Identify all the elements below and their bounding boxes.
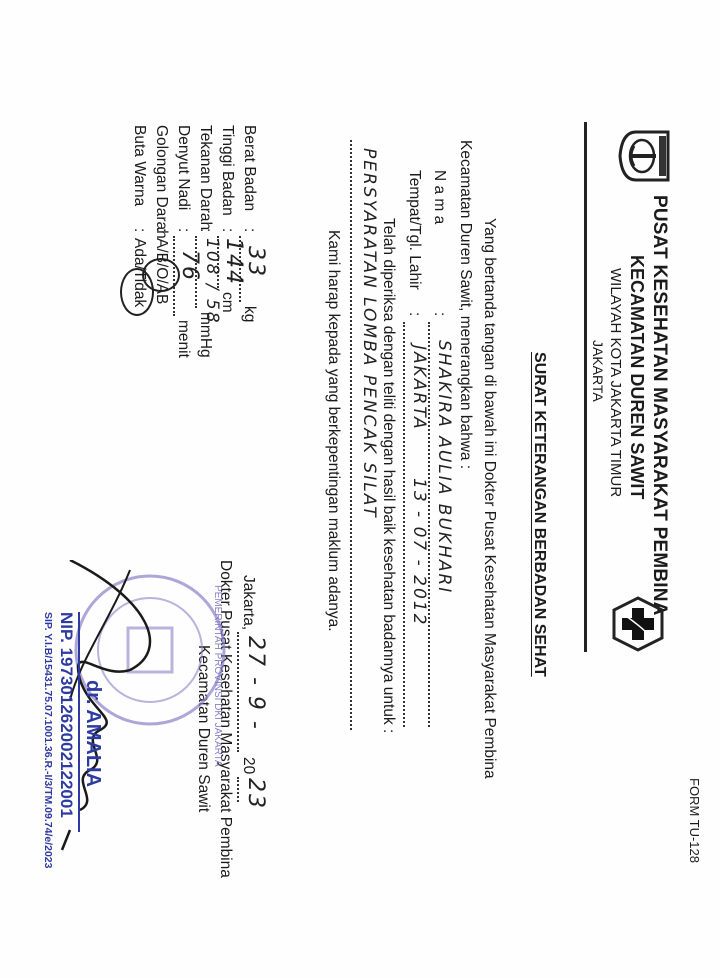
vital-colon: : <box>152 228 170 232</box>
name-label: N a m a <box>430 170 448 224</box>
doctor-sip: SIP. Y.I.B/15431.75.07.1001.36.R.-I/3/TM… <box>42 612 54 868</box>
vital-label-weight: Berat Badan <box>240 125 258 211</box>
document-title: SURAT KETERANGAN BERBADAN SEHAT <box>530 352 548 677</box>
vital-label-height: Tinggi Badan <box>218 125 236 216</box>
vital-label-blood-type: Golongan Darah <box>152 125 170 239</box>
header-line-1: PUSAT KESEHATAN MASYARAKAT PEMBINA <box>648 195 670 616</box>
name-colon: : <box>430 312 448 316</box>
weight-unit: kg <box>240 306 258 322</box>
height-value: 144 <box>221 238 246 286</box>
vital-colon: : <box>218 228 236 232</box>
header-line-3: WILAYAH KOTA JAKARTA TIMUR <box>607 268 624 497</box>
dki-crest-icon <box>618 128 672 184</box>
intro-line-1: Yang bertanda tangan di bawah ini Dokter… <box>480 218 498 779</box>
signature-underline <box>78 612 80 832</box>
health-cross-icon <box>610 596 666 652</box>
date-day-month: 27 - 9 - <box>243 636 268 731</box>
form-number: FORM TU-128 <box>687 778 702 863</box>
vital-label-blood-pressure: Tekanan Darah <box>196 125 214 230</box>
blood-pressure-unit: mmHg <box>196 312 214 358</box>
year-suffix: 23 <box>243 778 268 810</box>
vital-label-pulse: Denyut Nadi <box>174 125 192 210</box>
header-line-4: JAKARTA <box>590 340 606 402</box>
color-blind-selection-circle <box>120 268 154 316</box>
pulse-value: 76 <box>177 250 202 282</box>
header-divider <box>584 122 587 652</box>
vital-colon: : <box>174 228 192 232</box>
vital-colon: : <box>130 228 148 232</box>
pulse-unit: menit <box>174 320 192 358</box>
doctor-name: dr. AMALIA <box>81 680 104 787</box>
birth-date-value: 13 - 07 - 2012 <box>409 478 429 626</box>
header-line-2: KECAMATAN DUREN SAWIT <box>626 255 647 499</box>
health-certificate-page: FORM TU-128 PUSAT KESEHATAN MASYARAKAT P… <box>0 0 720 978</box>
intro-line-2: Kecamatan Duren Sawit, menerangkan bahwa… <box>456 140 474 469</box>
birth-colon: : <box>405 312 423 316</box>
purpose-value: PERSYARATAN LOMBA PENCAK SILAT <box>359 148 379 519</box>
vital-colon: : <box>240 228 258 232</box>
vital-label-color-blind: Buta Warna <box>130 125 148 206</box>
weight-value: 33 <box>243 246 268 278</box>
doctor-nip: NIP. 197301262002122001 <box>56 612 76 818</box>
name-value: SHAKIRA AULIA BUKHARI <box>434 340 454 594</box>
birth-label: Tempat/Tgl. Lahir <box>405 170 423 290</box>
vital-colon: : <box>196 228 214 232</box>
closing-statement: Kami harap kepada yang berkepentingan ma… <box>324 230 342 632</box>
stamp-text: PEMERINTAH PROVINSI DKI JAKARTA <box>212 585 223 767</box>
place-date-prefix: Jakarta, <box>239 575 257 630</box>
year-prefix: 20 <box>239 757 257 774</box>
exam-statement: Telah diperiksa dengan teliti dengan has… <box>379 218 397 733</box>
birth-place-value: JAKARTA <box>409 345 429 431</box>
